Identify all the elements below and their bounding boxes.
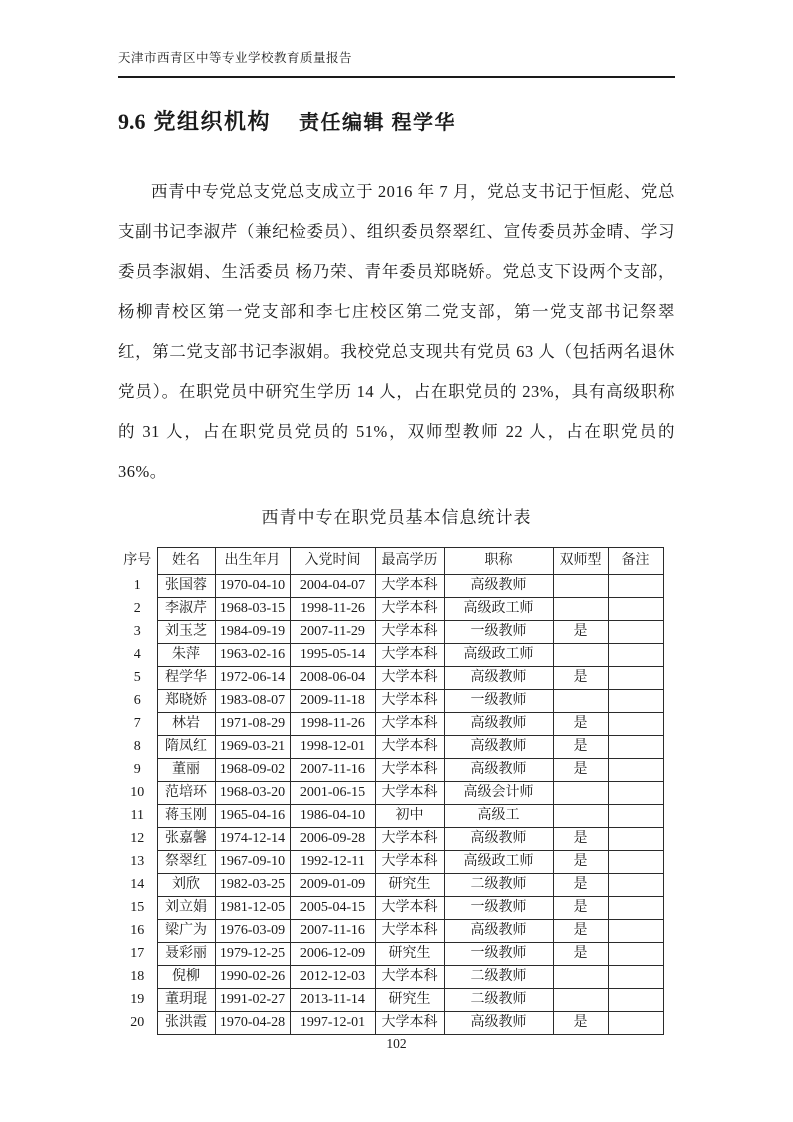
dual-teacher-cell bbox=[553, 782, 608, 805]
seq-cell: 7 bbox=[118, 713, 157, 736]
table-head: 序号姓名出生年月入党时间最高学历职称双师型备注 bbox=[118, 548, 663, 575]
name-cell: 梁广为 bbox=[157, 920, 215, 943]
join-date-cell: 1998-12-01 bbox=[290, 736, 375, 759]
birth-date-cell: 1990-02-26 bbox=[215, 966, 290, 989]
table-row: 10范培环1968-03-202001-06-15大学本科高级会计师 bbox=[118, 782, 663, 805]
join-date-cell: 1998-11-26 bbox=[290, 713, 375, 736]
seq-cell: 18 bbox=[118, 966, 157, 989]
birth-date-cell: 1979-12-25 bbox=[215, 943, 290, 966]
education-cell: 大学本科 bbox=[375, 713, 444, 736]
dual-teacher-cell bbox=[553, 690, 608, 713]
dual-teacher-cell: 是 bbox=[553, 874, 608, 897]
name-cell: 倪柳 bbox=[157, 966, 215, 989]
education-cell: 大学本科 bbox=[375, 828, 444, 851]
birth-date-cell: 1970-04-10 bbox=[215, 575, 290, 598]
education-cell: 研究生 bbox=[375, 989, 444, 1012]
seq-cell: 1 bbox=[118, 575, 157, 598]
remark-cell bbox=[608, 621, 663, 644]
table-row: 2李淑芹1968-03-151998-11-26大学本科高级政工师 bbox=[118, 598, 663, 621]
table-row: 13祭翠红1967-09-101992-12-11大学本科高级政工师是 bbox=[118, 851, 663, 874]
remark-cell bbox=[608, 851, 663, 874]
dual-teacher-cell: 是 bbox=[553, 897, 608, 920]
dual-teacher-cell: 是 bbox=[553, 759, 608, 782]
birth-date-cell: 1968-03-20 bbox=[215, 782, 290, 805]
dual-teacher-cell bbox=[553, 805, 608, 828]
dual-teacher-cell: 是 bbox=[553, 713, 608, 736]
education-cell: 大学本科 bbox=[375, 920, 444, 943]
birth-date-cell: 1968-09-02 bbox=[215, 759, 290, 782]
job-title-cell: 二级教师 bbox=[444, 989, 553, 1012]
table-header-row: 序号姓名出生年月入党时间最高学历职称双师型备注 bbox=[118, 548, 663, 575]
dual-teacher-cell: 是 bbox=[553, 851, 608, 874]
seq-cell: 15 bbox=[118, 897, 157, 920]
education-cell: 研究生 bbox=[375, 874, 444, 897]
join-date-cell: 2006-09-28 bbox=[290, 828, 375, 851]
remark-cell bbox=[608, 989, 663, 1012]
seq-cell: 16 bbox=[118, 920, 157, 943]
seq-cell: 13 bbox=[118, 851, 157, 874]
job-title-cell: 高级政工师 bbox=[444, 598, 553, 621]
dual-teacher-cell bbox=[553, 644, 608, 667]
name-cell: 刘欣 bbox=[157, 874, 215, 897]
name-cell: 董丽 bbox=[157, 759, 215, 782]
birth-date-cell: 1965-04-16 bbox=[215, 805, 290, 828]
dual-teacher-cell: 是 bbox=[553, 667, 608, 690]
job-title-cell: 高级教师 bbox=[444, 920, 553, 943]
birth-date-cell: 1967-09-10 bbox=[215, 851, 290, 874]
join-date-cell: 2006-12-09 bbox=[290, 943, 375, 966]
name-cell: 张嘉馨 bbox=[157, 828, 215, 851]
birth-date-cell: 1984-09-19 bbox=[215, 621, 290, 644]
remark-cell bbox=[608, 966, 663, 989]
table-row: 4朱萍1963-02-161995-05-14大学本科高级政工师 bbox=[118, 644, 663, 667]
column-header-remark: 备注 bbox=[608, 548, 663, 575]
name-cell: 程学华 bbox=[157, 667, 215, 690]
name-cell: 范培环 bbox=[157, 782, 215, 805]
join-date-cell: 1992-12-11 bbox=[290, 851, 375, 874]
section-number: 9.6 bbox=[118, 109, 146, 134]
seq-cell: 17 bbox=[118, 943, 157, 966]
remark-cell bbox=[608, 782, 663, 805]
join-date-cell: 2004-04-07 bbox=[290, 575, 375, 598]
dual-teacher-cell bbox=[553, 966, 608, 989]
name-cell: 蒋玉刚 bbox=[157, 805, 215, 828]
job-title-cell: 一级教师 bbox=[444, 897, 553, 920]
join-date-cell: 2001-06-15 bbox=[290, 782, 375, 805]
education-cell: 大学本科 bbox=[375, 736, 444, 759]
column-header-join-date: 入党时间 bbox=[290, 548, 375, 575]
page-number: 102 bbox=[386, 1036, 406, 1051]
job-title-cell: 高级教师 bbox=[444, 828, 553, 851]
job-title-cell: 高级政工师 bbox=[444, 644, 553, 667]
table-row: 1张国蓉1970-04-102004-04-07大学本科高级教师 bbox=[118, 575, 663, 598]
job-title-cell: 高级教师 bbox=[444, 736, 553, 759]
table-row: 12张嘉馨1974-12-142006-09-28大学本科高级教师是 bbox=[118, 828, 663, 851]
seq-cell: 6 bbox=[118, 690, 157, 713]
education-cell: 初中 bbox=[375, 805, 444, 828]
remark-cell bbox=[608, 667, 663, 690]
name-cell: 林岩 bbox=[157, 713, 215, 736]
dual-teacher-cell: 是 bbox=[553, 828, 608, 851]
seq-cell: 10 bbox=[118, 782, 157, 805]
dual-teacher-cell: 是 bbox=[553, 736, 608, 759]
table-row: 5程学华1972-06-142008-06-04大学本科高级教师是 bbox=[118, 667, 663, 690]
seq-cell: 12 bbox=[118, 828, 157, 851]
job-title-cell: 一级教师 bbox=[444, 690, 553, 713]
party-members-table: 序号姓名出生年月入党时间最高学历职称双师型备注 1张国蓉1970-04-1020… bbox=[118, 547, 664, 1035]
name-cell: 刘玉芝 bbox=[157, 621, 215, 644]
remark-cell bbox=[608, 690, 663, 713]
body-paragraph: 西青中专党总支党总支成立于 2016 年 7 月，党总支书记于恒彪、党总支副书记… bbox=[118, 172, 675, 492]
column-header-name: 姓名 bbox=[157, 548, 215, 575]
dual-teacher-cell bbox=[553, 989, 608, 1012]
remark-cell bbox=[608, 644, 663, 667]
seq-cell: 5 bbox=[118, 667, 157, 690]
job-title-cell: 二级教师 bbox=[444, 966, 553, 989]
birth-date-cell: 1972-06-14 bbox=[215, 667, 290, 690]
name-cell: 董玥琨 bbox=[157, 989, 215, 1012]
dual-teacher-cell: 是 bbox=[553, 943, 608, 966]
birth-date-cell: 1981-12-05 bbox=[215, 897, 290, 920]
table-row: 20张洪霞1970-04-281997-12-01大学本科高级教师是 bbox=[118, 1012, 663, 1035]
join-date-cell: 2012-12-03 bbox=[290, 966, 375, 989]
name-cell: 李淑芹 bbox=[157, 598, 215, 621]
remark-cell bbox=[608, 828, 663, 851]
name-cell: 聂彩丽 bbox=[157, 943, 215, 966]
birth-date-cell: 1971-08-29 bbox=[215, 713, 290, 736]
table-row: 14刘欣1982-03-252009-01-09研究生二级教师是 bbox=[118, 874, 663, 897]
education-cell: 研究生 bbox=[375, 943, 444, 966]
seq-cell: 19 bbox=[118, 989, 157, 1012]
birth-date-cell: 1976-03-09 bbox=[215, 920, 290, 943]
remark-cell bbox=[608, 598, 663, 621]
column-header-seq: 序号 bbox=[118, 548, 157, 575]
join-date-cell: 1986-04-10 bbox=[290, 805, 375, 828]
dual-teacher-cell: 是 bbox=[553, 621, 608, 644]
table-row: 16梁广为1976-03-092007-11-16大学本科高级教师是 bbox=[118, 920, 663, 943]
table-row: 9董丽1968-09-022007-11-16大学本科高级教师是 bbox=[118, 759, 663, 782]
job-title-cell: 高级政工师 bbox=[444, 851, 553, 874]
remark-cell bbox=[608, 897, 663, 920]
join-date-cell: 2009-11-18 bbox=[290, 690, 375, 713]
join-date-cell: 2005-04-15 bbox=[290, 897, 375, 920]
education-cell: 大学本科 bbox=[375, 690, 444, 713]
document-header: 天津市西青区中等专业学校教育质量报告 bbox=[118, 48, 675, 78]
join-date-cell: 1998-11-26 bbox=[290, 598, 375, 621]
name-cell: 张洪霞 bbox=[157, 1012, 215, 1035]
dual-teacher-cell bbox=[553, 575, 608, 598]
table-row: 7林岩1971-08-291998-11-26大学本科高级教师是 bbox=[118, 713, 663, 736]
column-header-education: 最高学历 bbox=[375, 548, 444, 575]
table-row: 11蒋玉刚1965-04-161986-04-10初中高级工 bbox=[118, 805, 663, 828]
table-title: 西青中专在职党员基本信息统计表 bbox=[118, 505, 675, 531]
education-cell: 大学本科 bbox=[375, 1012, 444, 1035]
job-title-cell: 高级教师 bbox=[444, 713, 553, 736]
join-date-cell: 2007-11-16 bbox=[290, 759, 375, 782]
education-cell: 大学本科 bbox=[375, 782, 444, 805]
seq-cell: 3 bbox=[118, 621, 157, 644]
column-header-job-title: 职称 bbox=[444, 548, 553, 575]
job-title-cell: 高级工 bbox=[444, 805, 553, 828]
join-date-cell: 2009-01-09 bbox=[290, 874, 375, 897]
birth-date-cell: 1963-02-16 bbox=[215, 644, 290, 667]
join-date-cell: 2013-11-14 bbox=[290, 989, 375, 1012]
education-cell: 大学本科 bbox=[375, 621, 444, 644]
education-cell: 大学本科 bbox=[375, 575, 444, 598]
join-date-cell: 2007-11-16 bbox=[290, 920, 375, 943]
seq-cell: 20 bbox=[118, 1012, 157, 1035]
remark-cell bbox=[608, 575, 663, 598]
education-cell: 大学本科 bbox=[375, 897, 444, 920]
name-cell: 刘立娟 bbox=[157, 897, 215, 920]
job-title-cell: 二级教师 bbox=[444, 874, 553, 897]
job-title-cell: 一级教师 bbox=[444, 943, 553, 966]
education-cell: 大学本科 bbox=[375, 598, 444, 621]
table-row: 3刘玉芝1984-09-192007-11-29大学本科一级教师是 bbox=[118, 621, 663, 644]
remark-cell bbox=[608, 874, 663, 897]
job-title-cell: 高级教师 bbox=[444, 575, 553, 598]
birth-date-cell: 1969-03-21 bbox=[215, 736, 290, 759]
birth-date-cell: 1982-03-25 bbox=[215, 874, 290, 897]
join-date-cell: 1997-12-01 bbox=[290, 1012, 375, 1035]
name-cell: 祭翠红 bbox=[157, 851, 215, 874]
section-title: 党组织机构 bbox=[154, 109, 272, 134]
job-title-cell: 一级教师 bbox=[444, 621, 553, 644]
birth-date-cell: 1991-02-27 bbox=[215, 989, 290, 1012]
education-cell: 大学本科 bbox=[375, 966, 444, 989]
table-row: 6郑晓娇1983-08-072009-11-18大学本科一级教师 bbox=[118, 690, 663, 713]
remark-cell bbox=[608, 920, 663, 943]
seq-cell: 4 bbox=[118, 644, 157, 667]
dual-teacher-cell: 是 bbox=[553, 920, 608, 943]
table-row: 19董玥琨1991-02-272013-11-14研究生二级教师 bbox=[118, 989, 663, 1012]
birth-date-cell: 1968-03-15 bbox=[215, 598, 290, 621]
dual-teacher-cell bbox=[553, 598, 608, 621]
education-cell: 大学本科 bbox=[375, 759, 444, 782]
name-cell: 张国蓉 bbox=[157, 575, 215, 598]
remark-cell bbox=[608, 1012, 663, 1035]
seq-cell: 9 bbox=[118, 759, 157, 782]
remark-cell bbox=[608, 713, 663, 736]
remark-cell bbox=[608, 805, 663, 828]
education-cell: 大学本科 bbox=[375, 667, 444, 690]
table-row: 8隋凤红1969-03-211998-12-01大学本科高级教师是 bbox=[118, 736, 663, 759]
table-row: 15刘立娟1981-12-052005-04-15大学本科一级教师是 bbox=[118, 897, 663, 920]
table-row: 17聂彩丽1979-12-252006-12-09研究生一级教师是 bbox=[118, 943, 663, 966]
column-header-dual-teacher: 双师型 bbox=[553, 548, 608, 575]
section-editor-credit: 责任编辑 程学华 bbox=[299, 112, 456, 134]
job-title-cell: 高级教师 bbox=[444, 667, 553, 690]
birth-date-cell: 1983-08-07 bbox=[215, 690, 290, 713]
seq-cell: 2 bbox=[118, 598, 157, 621]
job-title-cell: 高级会计师 bbox=[444, 782, 553, 805]
report-page: 天津市西青区中等专业学校教育质量报告 9.6党组织机构责任编辑 程学华 西青中专… bbox=[0, 0, 793, 1122]
join-date-cell: 2008-06-04 bbox=[290, 667, 375, 690]
birth-date-cell: 1970-04-28 bbox=[215, 1012, 290, 1035]
name-cell: 郑晓娇 bbox=[157, 690, 215, 713]
seq-cell: 8 bbox=[118, 736, 157, 759]
job-title-cell: 高级教师 bbox=[444, 759, 553, 782]
table-row: 18倪柳1990-02-262012-12-03大学本科二级教师 bbox=[118, 966, 663, 989]
name-cell: 隋凤红 bbox=[157, 736, 215, 759]
birth-date-cell: 1974-12-14 bbox=[215, 828, 290, 851]
seq-cell: 14 bbox=[118, 874, 157, 897]
dual-teacher-cell: 是 bbox=[553, 1012, 608, 1035]
join-date-cell: 1995-05-14 bbox=[290, 644, 375, 667]
section-heading: 9.6党组织机构责任编辑 程学华 bbox=[118, 105, 675, 136]
education-cell: 大学本科 bbox=[375, 851, 444, 874]
job-title-cell: 高级教师 bbox=[444, 1012, 553, 1035]
seq-cell: 11 bbox=[118, 805, 157, 828]
column-header-birth-date: 出生年月 bbox=[215, 548, 290, 575]
name-cell: 朱萍 bbox=[157, 644, 215, 667]
join-date-cell: 2007-11-29 bbox=[290, 621, 375, 644]
education-cell: 大学本科 bbox=[375, 644, 444, 667]
remark-cell bbox=[608, 943, 663, 966]
remark-cell bbox=[608, 736, 663, 759]
table-body: 1张国蓉1970-04-102004-04-07大学本科高级教师2李淑芹1968… bbox=[118, 575, 663, 1035]
page-footer: 102 bbox=[0, 1036, 793, 1052]
remark-cell bbox=[608, 759, 663, 782]
